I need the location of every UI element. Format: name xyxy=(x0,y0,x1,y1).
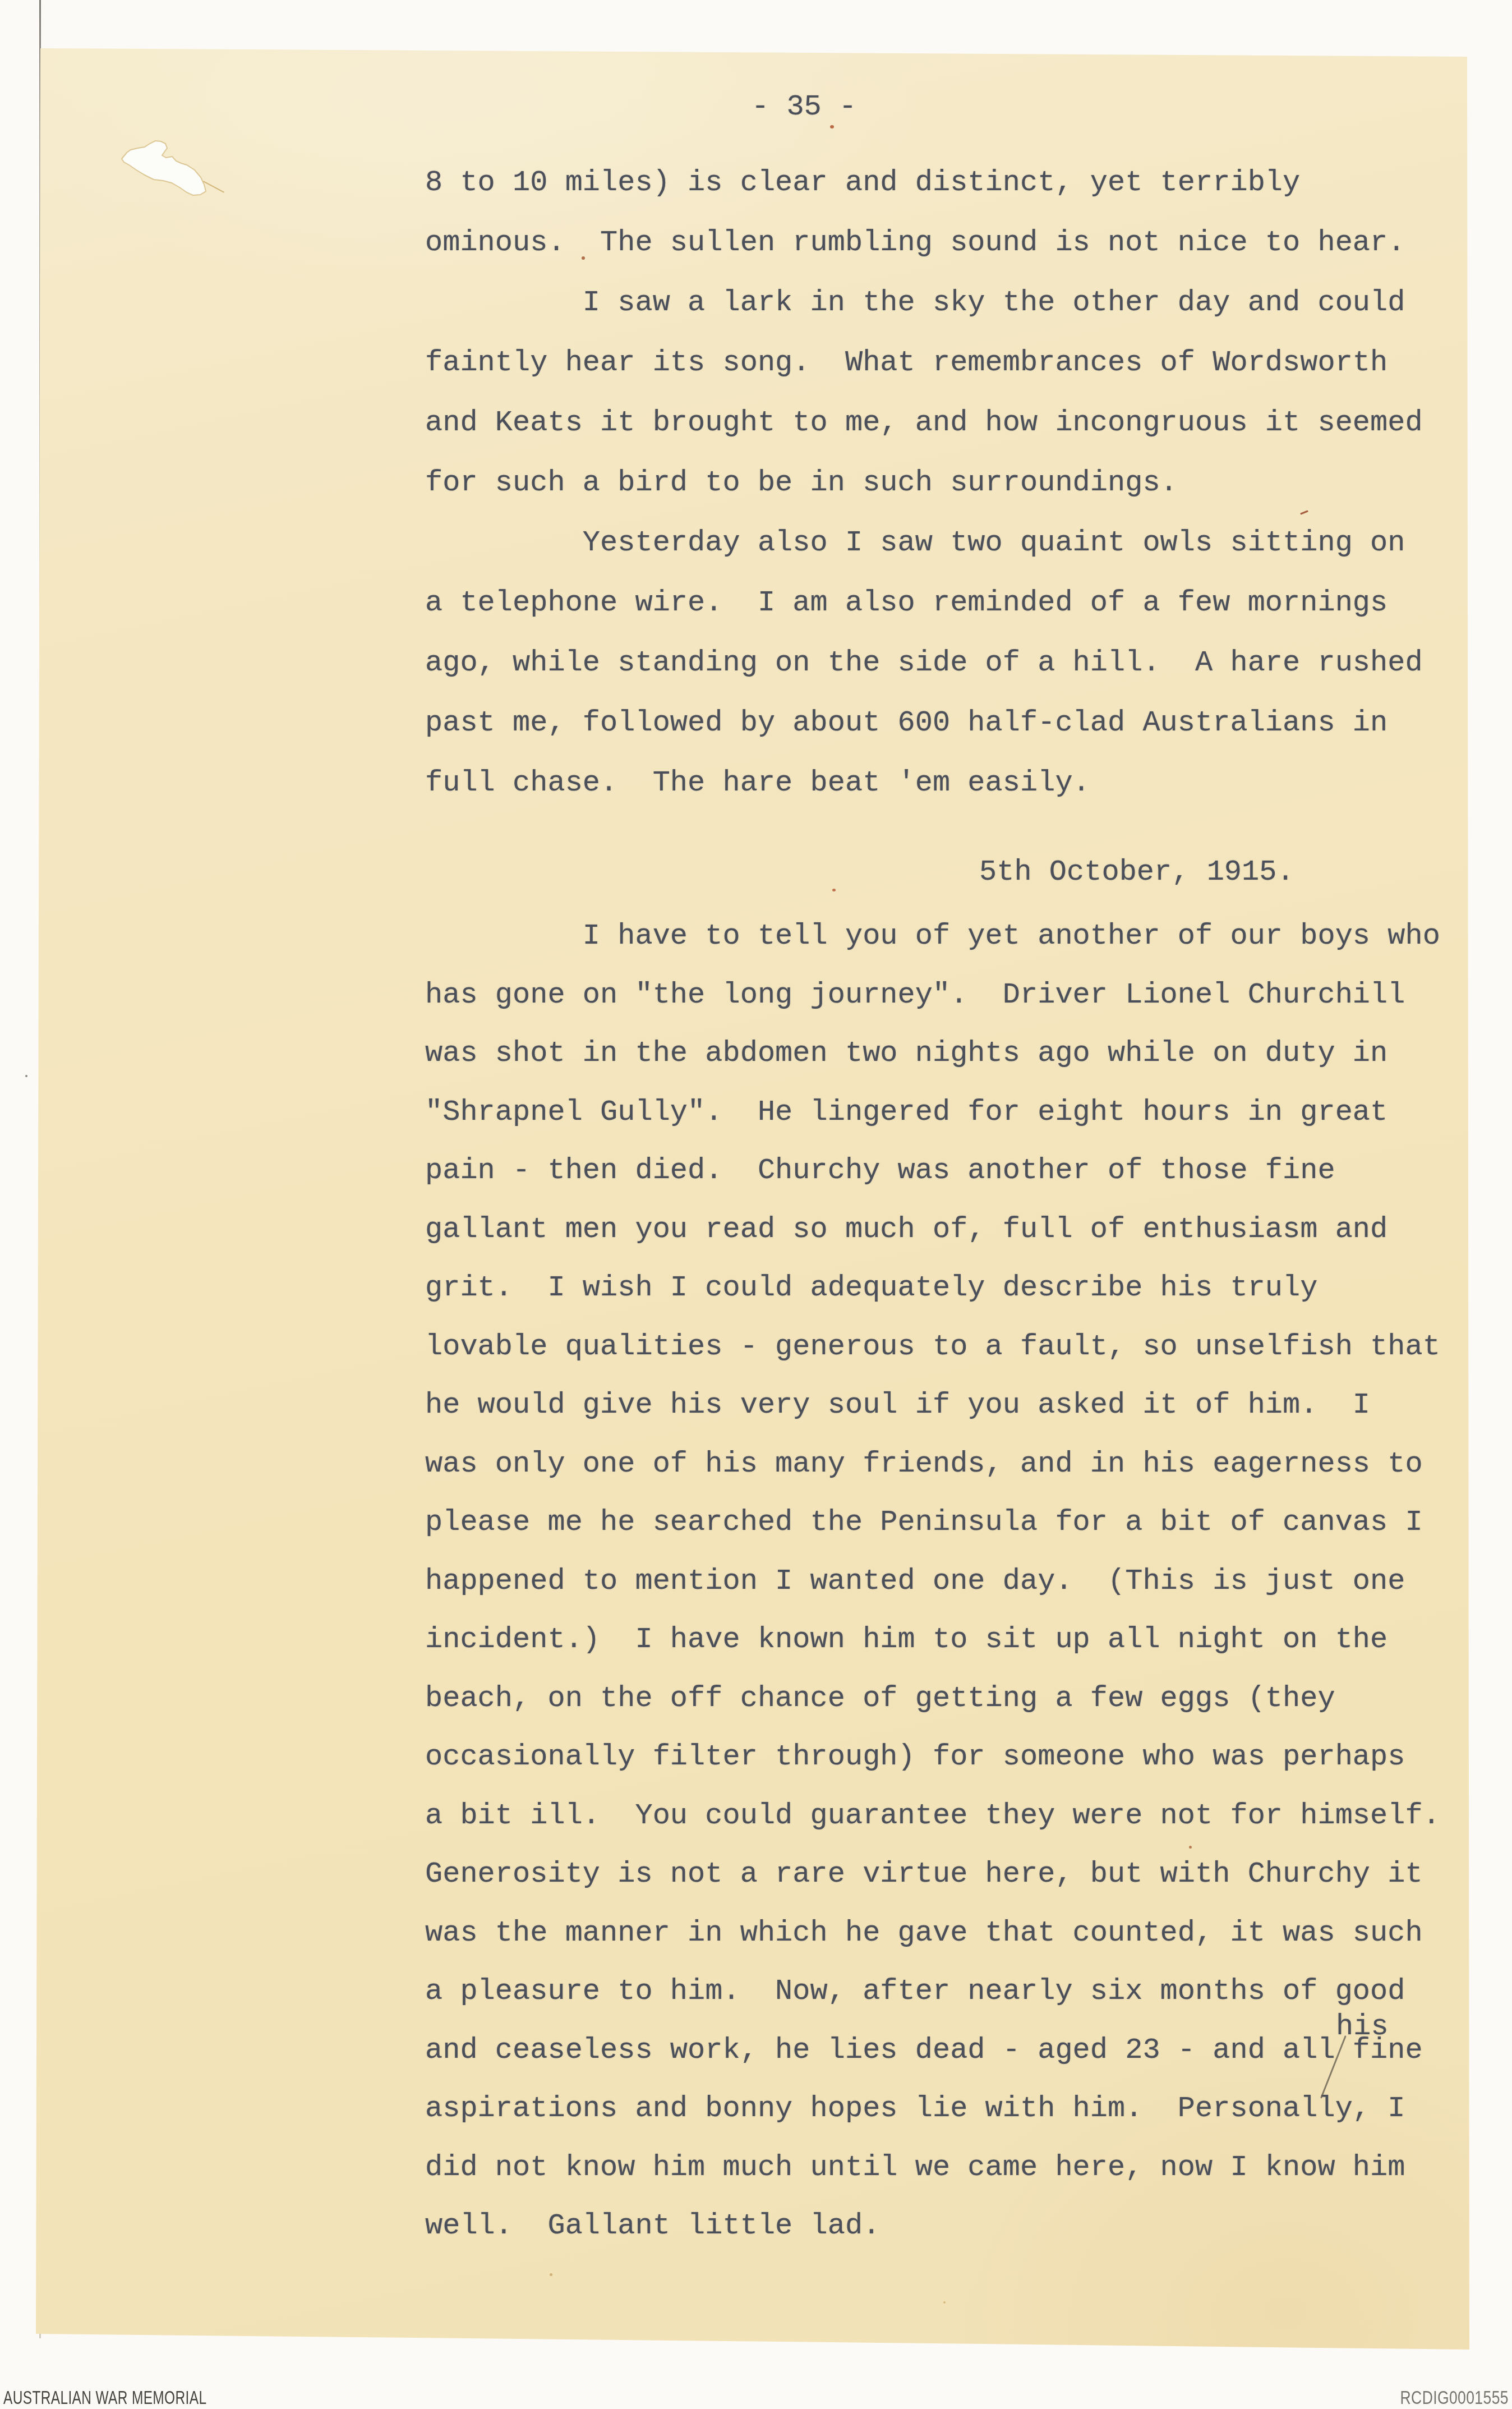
typed-line: was shot in the abdomen two nights ago w… xyxy=(425,1024,1440,1083)
typed-line: aspirations and bonny hopes lie with him… xyxy=(425,2080,1440,2139)
typed-line: Generosity is not a rare virtue here, bu… xyxy=(425,1845,1440,1904)
date-heading: 5th October, 1915. xyxy=(979,858,1294,887)
typed-line: was only one of his many friends, and in… xyxy=(425,1435,1440,1494)
typed-line: 8 to 10 miles) is clear and distinct, ye… xyxy=(425,153,1423,213)
typed-line: Yesterday also I saw two quaint owls sit… xyxy=(425,513,1423,573)
typed-paragraphs-bottom: I have to tell you of yet another of our… xyxy=(425,907,1440,2256)
ink-speck xyxy=(830,125,834,128)
ink-speck xyxy=(1189,1846,1192,1849)
typed-line: faintly hear its song. What remembrances… xyxy=(425,333,1423,393)
typed-line: for such a bird to be in such surroundin… xyxy=(425,453,1423,513)
dust-speck xyxy=(943,2301,946,2304)
typed-line: pain - then died. Churchy was another of… xyxy=(425,1142,1440,1201)
page-number: - 35 - xyxy=(752,93,856,122)
ink-speck xyxy=(832,889,836,891)
typed-line: a bit ill. You could guarantee they were… xyxy=(425,1787,1440,1846)
footer-record-id: RCDIG0001555 xyxy=(1400,2387,1509,2409)
typed-line: lovable qualities - generous to a fault,… xyxy=(425,1318,1440,1377)
typed-line: and ceaseless work, he lies dead - aged … xyxy=(425,2021,1440,2080)
typed-line: full chase. The hare beat 'em easily. xyxy=(425,753,1423,813)
typed-line: and Keats it brought to me, and how inco… xyxy=(425,393,1423,453)
typed-line: he would give his very soul if you asked… xyxy=(425,1376,1440,1435)
typed-line: was the manner in which he gave that cou… xyxy=(425,1904,1440,1963)
typed-line: I have to tell you of yet another of our… xyxy=(425,907,1440,966)
typed-line: has gone on "the long journey". Driver L… xyxy=(425,966,1440,1025)
typed-line: did not know him much until we came here… xyxy=(425,2139,1440,2197)
paper-tear-patch xyxy=(112,135,224,202)
typed-line: well. Gallant little lad. xyxy=(425,2197,1440,2256)
dust-speck xyxy=(550,2273,552,2276)
typed-line: "Shrapnel Gully". He lingered for eight … xyxy=(425,1083,1440,1142)
scan-footer-bar: AUSTRALIAN WAR MEMORIAL RCDIG0001555 xyxy=(0,2383,1512,2409)
typed-line: ominous. The sullen rumbling sound is no… xyxy=(425,213,1423,273)
typed-line: beach, on the off chance of getting a fe… xyxy=(425,1670,1440,1728)
typed-paragraphs-top: 8 to 10 miles) is clear and distinct, ye… xyxy=(425,153,1423,813)
dust-speck xyxy=(25,1075,27,1077)
typed-line: I saw a lark in the sky the other day an… xyxy=(425,273,1423,333)
typed-line: ago, while standing on the side of a hil… xyxy=(425,633,1423,693)
typed-line: incident.) I have known him to sit up al… xyxy=(425,1611,1440,1670)
typed-line: past me, followed by about 600 half-clad… xyxy=(425,693,1423,753)
typed-line: a telephone wire. I am also reminded of … xyxy=(425,573,1423,633)
ink-speck xyxy=(582,256,585,260)
typed-line: occasionally filter through) for someone… xyxy=(425,1728,1440,1787)
footer-archive-name: AUSTRALIAN WAR MEMORIAL xyxy=(3,2387,206,2409)
typed-line: please me he searched the Peninsula for … xyxy=(425,1493,1440,1552)
typed-line: happened to mention I wanted one day. (T… xyxy=(425,1552,1440,1611)
typed-line: a pleasure to him. Now, after nearly six… xyxy=(425,1962,1440,2021)
typed-line: gallant men you read so much of, full of… xyxy=(425,1201,1440,1259)
typed-line: grit. I wish I could adequately describe… xyxy=(425,1259,1440,1318)
